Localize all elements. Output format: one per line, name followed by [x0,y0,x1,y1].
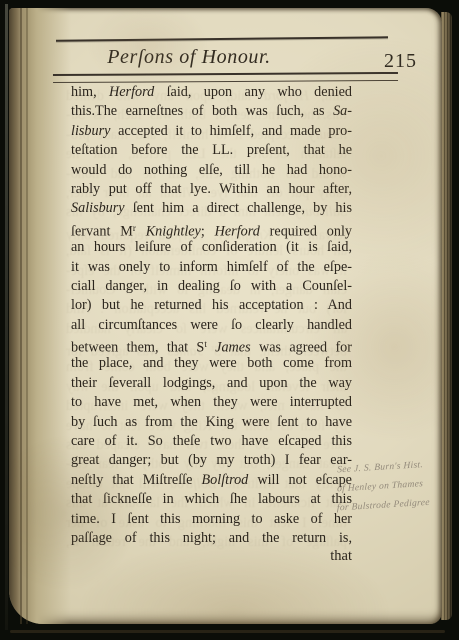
gutter-crease [26,8,28,624]
text-line: paſſage of this night; and the return is… [71,529,352,548]
text-line: lisbury accepted it to himſelf, and made… [71,122,352,141]
text-line: ciall danger, in dealing ſo with a Counſ… [71,277,352,296]
text-line: that ſickneſſe in which ſhe labours at t… [71,490,352,509]
book-scan: Perſons of Honour. 215 him, Herford ſaid… [0,0,459,640]
text-line: it was onely to inform himſelf of the eſ… [71,258,352,277]
running-header: Perſons of Honour. [9,46,369,69]
body-text: him, Herford ſaid, upon any who deniedth… [71,83,352,548]
gutter-shadow [9,8,71,624]
text-line: time. I ſent this morning to aske of her [71,510,352,529]
header-rule-top [56,36,388,41]
text-line: Salisbury ſent him a direct challenge, b… [71,199,352,218]
text-line: the place, and they were both come from [71,354,352,373]
text-line: to have met, when they were interrupted [71,393,352,412]
text-line: by ſuch as from the King were ſent to ha… [71,413,352,432]
spine-edge [5,4,8,630]
text-line: would do nothing elſe, till he had hono- [71,161,352,180]
text-line: their ſeverall lodgings, and upon the wa… [71,374,352,393]
gutter-crease [20,8,22,624]
page-number: 215 [384,50,417,73]
margin-note-handwritten: See J. S. Burn's Hist.of Henley on Thame… [337,455,449,519]
header-rule-bottom [53,72,398,83]
text-line: lor) but he returned his acceptation : A… [71,296,352,315]
text-line: great danger; but (by my troth) I fear e… [71,451,352,470]
catchword: that [71,548,352,565]
text-line: an hours leiſure of conſideration (it is… [71,238,352,257]
book-page: Perſons of Honour. 215 him, Herford ſaid… [9,8,442,624]
text-line: all circumſtances were ſo clearly handle… [71,316,352,335]
text-line: teſtation before the LL. preſent, that h… [71,141,352,160]
fore-edge-pages [441,12,452,620]
text-line: between them, that St James was agreed f… [71,335,352,354]
text-line: ſervant Mr Knightley; Herford required o… [71,219,352,238]
text-line: him, Herford ſaid, upon any who denied [71,83,352,102]
text-line: this.The earneſtnes of both was ſuch, as… [71,102,352,121]
text-line: rably put off that lye. Within an hour a… [71,180,352,199]
text-line: neſtly that Miſtreſſe Bolſtrod will not … [71,471,352,490]
text-line: care of it. So theſe two have eſcaped th… [71,432,352,451]
board-edge [10,630,445,633]
